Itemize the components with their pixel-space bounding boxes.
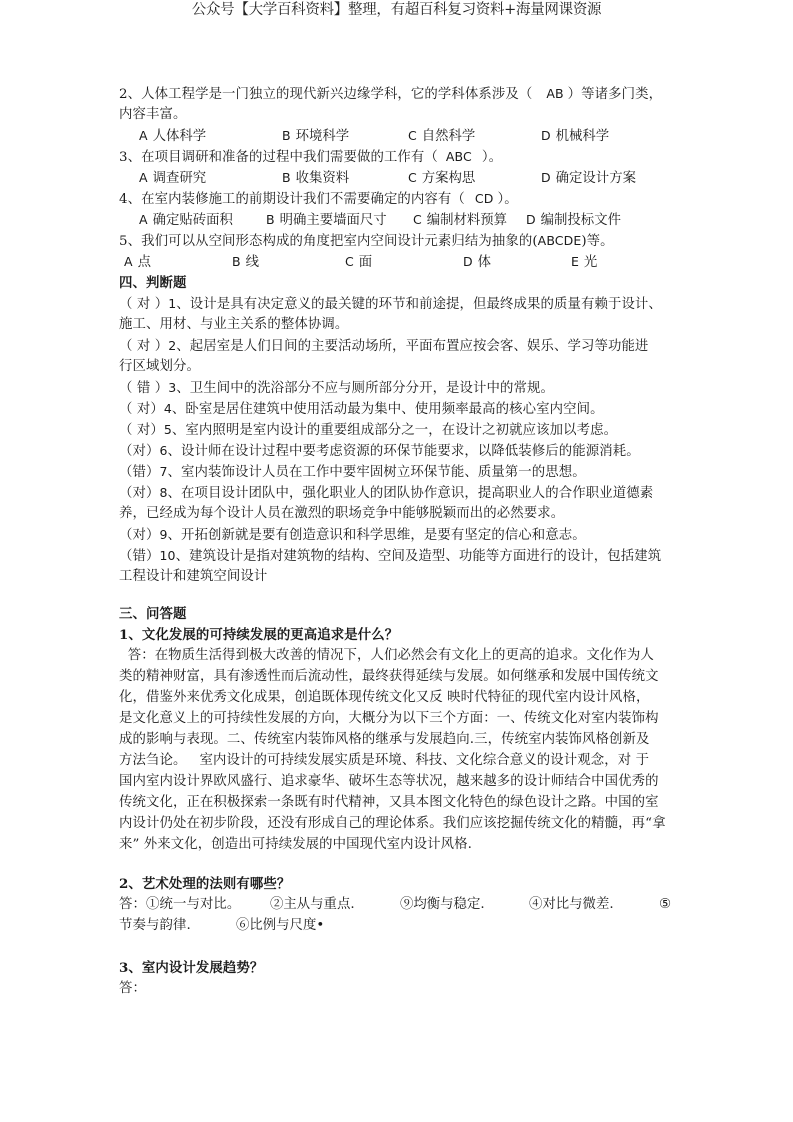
mc-question-2-line1: 2、人体工程学是一门独立的现代新兴边缘学科，它的学科体系涉及（AB）等诸多门类，	[119, 84, 662, 105]
mc-q2-option-b: B环境科学	[282, 126, 349, 147]
tf-item-4: （ 对）4、卧室是居住建筑中使用活动最为集中、使用频率最高的核心室内空间。	[119, 399, 604, 420]
tf-item-6: （对）6、设计师在设计过程中要考虑资源的环保节能要求，以降低装修后的能源消耗。	[119, 441, 640, 462]
mc-q5-option-b: B线	[232, 252, 259, 273]
mc-question-4-answer: CD	[475, 191, 494, 206]
mc-q5-option-c: C面	[345, 252, 372, 273]
mc-q3-option-b: B收集资料	[282, 168, 349, 189]
qa-answer-1-line10: 来” 外来文化，创造出可持续发展的中国现代室内设计风格.	[119, 835, 472, 855]
mc-question-2-text: 2、人体工程学是一门独立的现代新兴边缘学科，它的学科体系涉及（	[119, 87, 532, 102]
mc-q5-option-d: D体	[463, 252, 491, 273]
qa-answer-2-item-4: ④对比与微差.	[529, 895, 614, 915]
qa-answer-2-item-5: ⑤	[659, 895, 671, 915]
mc-question-2-text-post: ）等诸多门类，	[568, 87, 662, 102]
tf-item-5: （ 对）5、室内照明是室内设计的重要组成部分之一，在设计之初就应该加以考虑。	[119, 420, 617, 441]
mc-q5-option-a: A点	[124, 252, 151, 273]
mc-q3-option-a: A调查研究	[139, 168, 206, 189]
tf-item-7: （错）7、室内装饰设计人员在工作中要牢固树立环保节能、质量第一的思想。	[119, 462, 586, 483]
tf-item-3: （ 错 ）3、卫生间中的洗浴部分不应与厕所部分分开，是设计中的常规。	[119, 378, 554, 399]
qa-answer-1-line2: 类的精神财富，具有渗透性而后流动性，最终获得延续与发展。如何继承和发展中国传统文	[119, 667, 659, 687]
mc-q4-option-d: D编制投标文件	[526, 210, 621, 231]
tf-item-10-line1: （错）10、建筑设计是指对建筑物的结构、空间及造型、功能等方面进行的设计，包括建…	[119, 546, 661, 567]
qa-answer-2-item-6: ⑥比例与尺度•	[236, 916, 324, 936]
tf-item-10-line2: 工程设计和建筑空间设计	[119, 567, 267, 587]
qa-answer-3-prefix: 答：	[119, 979, 146, 999]
mc-q3-option-d: D确定设计方案	[541, 168, 636, 189]
tf-item-8-line2: 养，已经成为每个设计人员在激烈的职场竞争中能够脱颖而出的必然要求。	[119, 504, 564, 524]
qa-question-3-title: 3、室内设计发展趋势？	[119, 958, 263, 978]
section-title-true-false: 四、判断题	[119, 273, 186, 293]
qa-answer-2-line1: 答：①统一与对比。	[119, 895, 240, 915]
qa-answer-1-line9: 内设计仍处在初步阶段，还没有形成自己的理论体系。我们应该挖掘传统文化的精髓，再“…	[119, 814, 666, 834]
tf-item-8-line1: （对）8、在项目设计团队中，强化职业人的团队协作意识，提高职业人的合作职业道德素	[119, 483, 653, 504]
qa-answer-2-item-2: ②主从与重点.	[270, 895, 355, 915]
qa-answer-1-line1: 答：在物质生活得到极大改善的情况下，人们必然会有文化上的更高的追求。文化作为人	[119, 646, 654, 666]
mc-question-2-answer: AB	[546, 86, 563, 101]
section-title-qa: 三、问答题	[119, 604, 186, 624]
qa-question-2-title: 2、艺术处理的法则有哪些？	[119, 874, 290, 894]
qa-answer-1-line4: 是文化意义上的可持续性发展的方向，大概分为以下三个方面：一、传统文化对室内装饰构	[119, 709, 659, 729]
tf-item-2-line2: 行区域划分。	[119, 357, 200, 377]
tf-item-1-line2: 施工、用材、与业主关系的整体协调。	[119, 315, 348, 335]
mc-question-4: 4、在室内装修施工的前期设计我们不需要确定的内容有（CD）。	[119, 189, 518, 210]
mc-q4-option-b: B明确主要墙面尺寸	[266, 210, 387, 231]
tf-item-2-line1: （ 对 ）2、起居室是人们日间的主要活动场所，平面布置应按会客、娱乐、学习等功能…	[119, 336, 648, 357]
tf-item-9: （对）9、开拓创新就是要有创造意识和科学思维，是要有坚定的信心和意志。	[119, 525, 586, 546]
qa-answer-1-line5: 成的影响与表现。二、传统室内装饰风格的继承与发展趋向.三，传统室内装饰风格创新及	[119, 730, 650, 750]
mc-question-5: 5、我们可以从空间形态构成的角度把室内空间设计元素归结为抽象的(ABCDE)等。	[119, 231, 614, 252]
qa-answer-1-line7: 国内室内设计界欧风盛行、追求豪华、破坏生态等状况，越来越多的设计师结合中国优秀的	[119, 772, 659, 792]
qa-answer-1-line3: 化，借鉴外来优秀文化成果，创追既体现传统文化又反 映时代特征的现代室内设计风格，	[119, 688, 650, 708]
qa-answer-1-line6: 方法刍论。 室内设计的可持续发展实质是环境、科技、文化综合意义的设计观念，对 于	[119, 751, 649, 771]
qa-answer-1-line8: 传统文化，正在积极探索一条既有时代精神，又具本图文化特色的绿色设计之路。中国的室	[119, 793, 659, 813]
qa-answer-2-item-3: ⑨均衡与稳定.	[400, 895, 485, 915]
mc-q2-option-c: C自然科学	[408, 126, 475, 147]
mc-q5-option-e: E光	[571, 252, 597, 273]
mc-q4-option-c: C编制材料预算	[413, 210, 507, 231]
qa-answer-2-line2: 节奏与韵律.	[119, 916, 191, 936]
mc-q2-option-a: A人体科学	[139, 126, 206, 147]
tf-item-1-line1: （ 对 ）1、设计是具有决定意义的最关键的环节和前途提，但最终成果的质量有赖于设…	[119, 294, 662, 315]
mc-q2-option-d: D机械科学	[541, 126, 609, 147]
mc-q3-option-c: C方案构思	[408, 168, 475, 189]
page-header-banner: 公众号【大学百科资料】整理，有超百科复习资料+海量网课资源	[0, 1, 793, 19]
mc-q4-option-a: A确定贴砖面积	[139, 210, 233, 231]
mc-question-3-answer: ABC	[446, 149, 472, 164]
mc-question-5-answer: ABCDE	[538, 233, 582, 248]
mc-question-3: 3、在项目调研和准备的过程中我们需要做的工作有（ABC）。	[119, 147, 502, 168]
qa-question-1-title: 1、文化发展的可持续发展的更高追求是什么？	[119, 625, 398, 645]
mc-question-2-line2: 内容丰富。	[119, 105, 186, 125]
